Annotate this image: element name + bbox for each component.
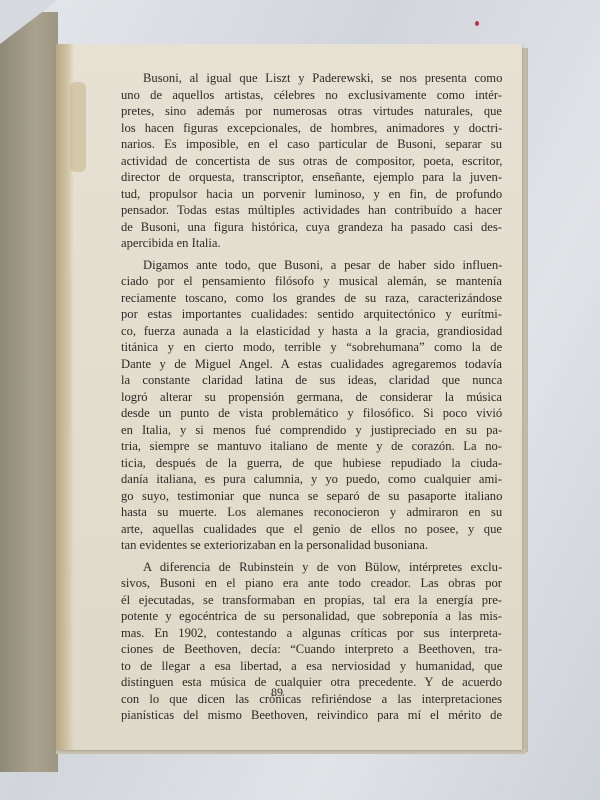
- cover-corner: [0, 0, 58, 44]
- text-line: Dante y de Miguel Angel. A estas cualida…: [121, 356, 502, 373]
- stain-blot: [70, 82, 86, 172]
- red-speck: [475, 21, 479, 26]
- body-text: Busoni, al igual que Liszt y Paderewski,…: [121, 70, 502, 725]
- text-line: Busoni, al igual que Liszt y Paderewski,…: [121, 70, 502, 87]
- text-line: logró alterar su propensión germana, de …: [121, 389, 502, 406]
- text-line: potente y egocéntrica de su personalidad…: [121, 608, 502, 625]
- text-line: reciamente toscano, como los grandes de …: [121, 290, 502, 307]
- text-line: pretes, sino además por numerosas otras …: [121, 103, 502, 120]
- text-line: pianísticas del mismo Beethoven, reivind…: [121, 707, 502, 724]
- page-number: 89: [262, 685, 292, 700]
- text-line: go suyo, testimoniar que nunca se separó…: [121, 488, 502, 505]
- text-line: tud, propulsor hacia un porvenir luminos…: [121, 186, 502, 203]
- paragraph-2: Digamos ante todo, que Busoni, a pesar d…: [121, 257, 502, 554]
- text-line: titánica y en cierto modo, terrible y “s…: [121, 339, 502, 356]
- text-line: con lo que dicen las crónicas refiriéndo…: [121, 691, 502, 708]
- text-line: ciado por el pensamiento filósofo y musi…: [121, 273, 502, 290]
- text-line: arte, aquellas cualidades que el genio d…: [121, 521, 502, 538]
- text-line: narios. Es imposible, en el caso particu…: [121, 136, 502, 153]
- text-line: tan evidentes se exteriorizaban en la pe…: [121, 537, 502, 554]
- text-line: ciones de Beethoven, decía: “Cuando inte…: [121, 641, 502, 658]
- book-left-cover: [0, 12, 58, 772]
- text-line: actividad de concertista de sus otras de…: [121, 153, 502, 170]
- text-line: la constante claridad latina de sus idea…: [121, 372, 502, 389]
- text-line: los hacen figuras excepcionales, de homb…: [121, 120, 502, 137]
- text-line: por estas importantes cualidades: sentid…: [121, 306, 502, 323]
- text-line: A diferencia de Rubinstein y de von Bülo…: [121, 559, 502, 576]
- text-line: director de orquesta, transcriptor, ense…: [121, 169, 502, 186]
- paragraph-3: A diferencia de Rubinstein y de von Bülo…: [121, 559, 502, 724]
- text-line: ticia, después de la guerra, de que hubi…: [121, 455, 502, 472]
- text-line: en Italia, y si menos fué comprendido y …: [121, 422, 502, 439]
- text-line: él ejecutadas, se transformaban en propi…: [121, 592, 502, 609]
- text-line: danía italiana, es pura calumnia, y yo p…: [121, 471, 502, 488]
- text-line: hasta su muerte. Los alemanes reconocier…: [121, 504, 502, 521]
- text-line: sivos, Busoni en el piano era ante todo …: [121, 575, 502, 592]
- text-line: mas. En 1902, contestando a algunas crít…: [121, 625, 502, 642]
- text-line: to de llegar a esa libertad, a esa nervi…: [121, 658, 502, 675]
- text-line: desde un punto de vista problemático y f…: [121, 405, 502, 422]
- text-line: distinguen esta música de cualquier otra…: [121, 674, 502, 691]
- text-line: tria, siempre se mantuvo italiano de men…: [121, 438, 502, 455]
- text-line: uno de aquellos artistas, célebres no ex…: [121, 87, 502, 104]
- text-line: Digamos ante todo, que Busoni, a pesar d…: [121, 257, 502, 274]
- text-line: de Busoni, una figura histórica, cuya gr…: [121, 219, 502, 236]
- text-line: co, fuerza aunada a la elasticidad y has…: [121, 323, 502, 340]
- paragraph-1: Busoni, al igual que Liszt y Paderewski,…: [121, 70, 502, 252]
- text-line: pensador. Todas estas múltiples activida…: [121, 202, 502, 219]
- text-line: apercibida en Italia.: [121, 235, 502, 252]
